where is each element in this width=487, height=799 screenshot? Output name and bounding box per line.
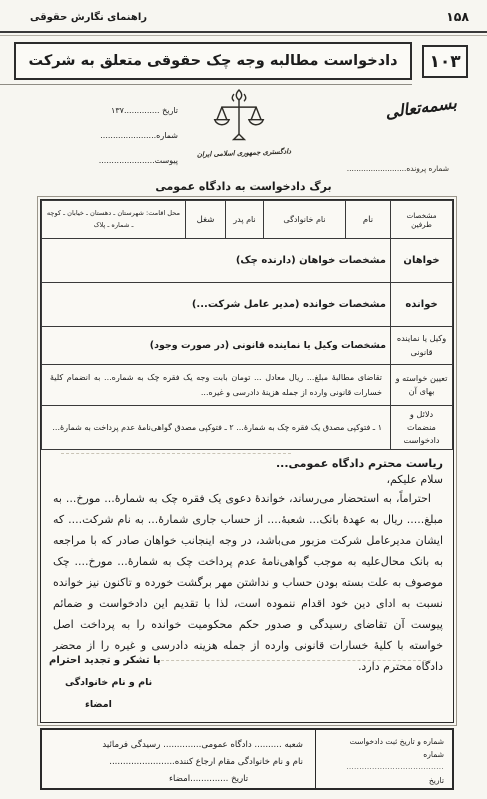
table-row-attorney: وکیل یا نماینده قانونی مشخصات وکیل یا نم…	[42, 327, 453, 365]
petition-frame: مشخصات طرفین نام نام خانوادگی نام پدر شغ…	[40, 199, 454, 723]
number-field: شماره......................	[58, 131, 178, 140]
scan-artifact	[61, 453, 291, 454]
referral-authority-line: نام و نام خانوادگی مقام ارجاع کننده.....…	[54, 754, 303, 771]
bismillah-calligraphy: بسمه‌تعالی	[384, 93, 458, 122]
table-row-defendant: خوانده مشخصات خوانده (مدیر عامل شرکت...)	[42, 283, 453, 327]
judiciary-name-script: دادگستری جمهوری اسلامی ایران	[196, 147, 290, 158]
letterhead-meta-fields: تاریخ ..............۱۳۷ شماره...........…	[58, 106, 178, 181]
col-family: نام خانوادگی	[264, 201, 346, 239]
signer-name-label: نام و نام خانوادگی	[65, 677, 152, 688]
judiciary-scales-emblem-icon	[212, 87, 266, 151]
registration-dots: ......................................	[324, 761, 444, 774]
col-parties: مشخصات طرفین	[391, 201, 453, 239]
petition-paragraph: احتراماً، به استحضار می‌رساند، خواندهٔ د…	[53, 488, 443, 677]
book-title: راهنمای نگارش حقوقی	[30, 12, 147, 23]
registration-title: شماره و تاریخ ثبت دادخواست	[324, 735, 444, 748]
title-underline	[0, 84, 412, 85]
row-label: دلائل و منضمات دادخواست	[391, 406, 453, 450]
page-number: ۱۵۸	[446, 9, 469, 24]
col-name: نام	[346, 201, 391, 239]
signature-label: امضاء	[85, 699, 112, 710]
table-row-plaintiff: خواهان مشخصات خواهان (دارنده چک)	[42, 239, 453, 283]
referral-cell: شعبه .......... دادگاه عمومی............…	[42, 730, 315, 788]
form-number-badge: ۱۰۳	[422, 45, 468, 78]
scan-artifact	[156, 660, 431, 661]
row-label: تعیین خواسته و بهای آن	[391, 365, 453, 406]
row-label: خوانده	[391, 283, 453, 327]
footer-table: شماره و تاریخ ثبت دادخواست شماره .......…	[40, 728, 454, 790]
col-address: محل اقامت: شهرستان ـ دهستان ـ خیابان ـ ک…	[42, 201, 186, 239]
closing-line: با تشکر و تجدید احترام	[49, 655, 161, 666]
registration-date-label: تاریخ	[324, 774, 444, 787]
form-heading: برگ دادخواست به دادگاه عمومی	[0, 180, 487, 193]
form-title: دادخواست مطالبه وجه چک حقوقی متعلق به شر…	[14, 42, 412, 80]
attachment-field: پیوست......................	[58, 156, 178, 165]
row-value: تقاضای مطالبهٔ مبلغ... ریال معادل ... تو…	[42, 365, 391, 406]
case-number-field: شماره پرونده.........................	[347, 164, 449, 173]
greeting: سلام علیکم،	[53, 473, 443, 486]
table-row-evidence: دلائل و منضمات دادخواست ۱ ـ فتوکپی مصدق …	[42, 406, 453, 450]
row-value: مشخصات وکیل یا نماینده قانونی (در صورت و…	[42, 327, 391, 365]
referral-branch-line: شعبه .......... دادگاه عمومی............…	[54, 737, 303, 754]
table-header-row: مشخصات طرفین نام نام خانوادگی نام پدر شغ…	[42, 201, 453, 239]
referral-date-signature-line: تاریخ ..............امضاء	[54, 771, 303, 788]
header-divider	[0, 31, 487, 36]
parties-table: مشخصات طرفین نام نام خانوادگی نام پدر شغ…	[41, 200, 453, 450]
row-value: مشخصات خواهان (دارنده چک)	[42, 239, 391, 283]
row-value: ۱ ـ فتوکپی مصدق یک فقره چک به شمارهٔ... …	[42, 406, 391, 450]
petition-body: ریاست محترم دادگاه عمومی... سلام علیکم، …	[41, 450, 453, 677]
col-father: نام پدر	[226, 201, 264, 239]
date-field: تاریخ ..............۱۳۷	[58, 106, 178, 115]
table-row-claim: تعیین خواسته و بهای آن تقاضای مطالبهٔ مب…	[42, 365, 453, 406]
row-label: خواهان	[391, 239, 453, 283]
registration-number-label: شماره	[324, 748, 444, 761]
col-job: شغل	[186, 201, 226, 239]
salutation: ریاست محترم دادگاه عمومی...	[53, 457, 443, 470]
row-label: وکیل یا نماینده قانونی	[391, 327, 453, 365]
scanned-legal-form-page: راهنمای نگارش حقوقی ۱۵۸ ۱۰۳ دادخواست مطا…	[0, 0, 487, 799]
row-value: مشخصات خوانده (مدیر عامل شرکت...)	[42, 283, 391, 327]
registration-cell: شماره و تاریخ ثبت دادخواست شماره .......…	[315, 730, 452, 788]
